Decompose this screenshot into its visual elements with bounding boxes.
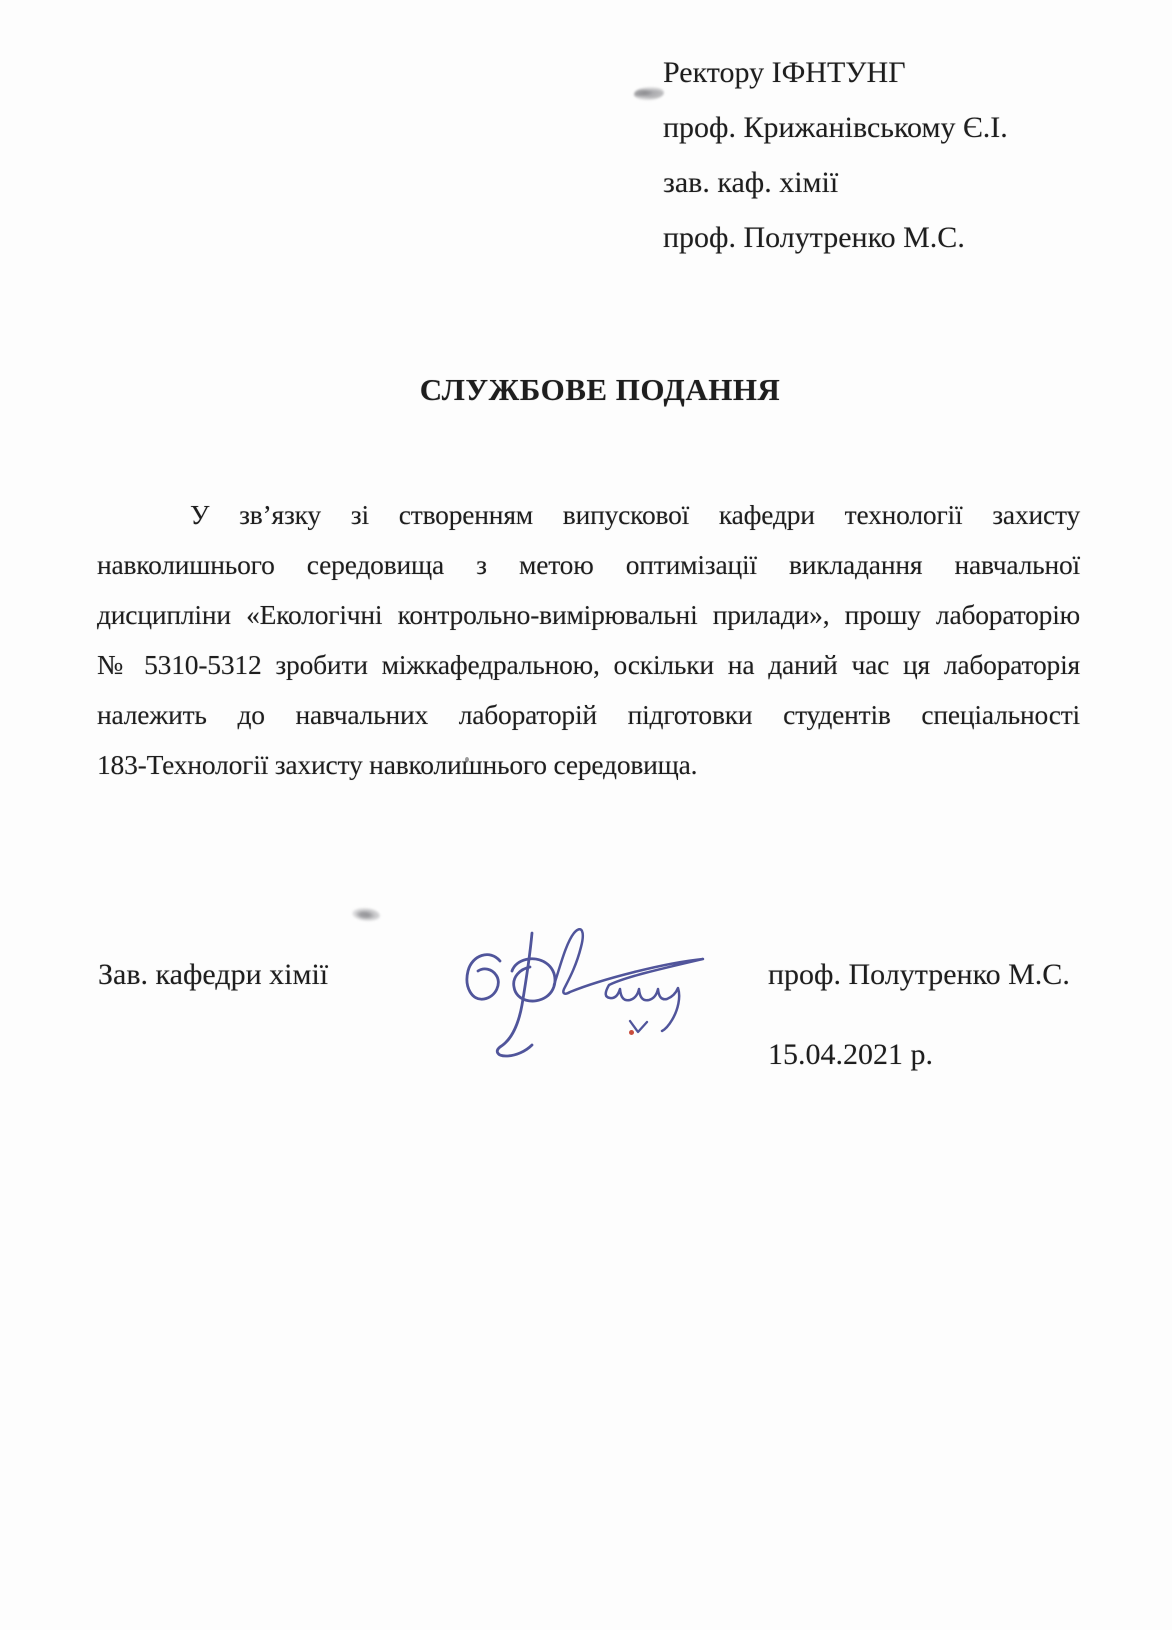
addressee-line-rector-name: проф. Крижанівському Є.І. — [663, 100, 1008, 155]
body-line: дисципліни «Екологічні контрольно-вимірю… — [97, 590, 1080, 640]
addressee-line-recipient: Ректору ІФНТУНГ — [663, 45, 1008, 100]
handwritten-signature — [412, 875, 712, 1075]
scan-dot-artifact — [465, 757, 469, 762]
body-paragraph: У зв’язку зі створенням випускової кафед… — [97, 490, 1080, 790]
body-line: навколишнього середовища з метою оптиміз… — [97, 540, 1080, 590]
red-ink-dot-artifact — [629, 1030, 634, 1035]
scanned-letter-page: Ректору ІФНТУНГ проф. Крижанівському Є.І… — [0, 0, 1172, 1630]
signer-name: проф. Полутренко М.С. — [768, 958, 1070, 992]
scan-smudge-artifact — [351, 907, 380, 923]
signer-position-label: Зав. кафедри хімії — [98, 958, 328, 992]
addressee-line-from-name: проф. Полутренко М.С. — [663, 210, 1008, 265]
signature-date: 15.04.2021 р. — [768, 1038, 933, 1072]
addressee-block: Ректору ІФНТУНГ проф. Крижанівському Є.І… — [663, 45, 1008, 265]
body-line: № 5310-5312 зробити міжкафедральною, оск… — [97, 640, 1080, 690]
body-line: належить до навчальних лабораторій підго… — [97, 690, 1080, 740]
document-title: СЛУЖБОВЕ ПОДАННЯ — [0, 372, 1172, 408]
scan-smudge-artifact — [634, 86, 665, 101]
body-line: У зв’язку зі створенням випускової кафед… — [97, 490, 1080, 540]
body-line: 183-Технології захисту навколишнього сер… — [97, 740, 1080, 790]
addressee-line-from-position: зав. каф. хімії — [663, 155, 1008, 210]
